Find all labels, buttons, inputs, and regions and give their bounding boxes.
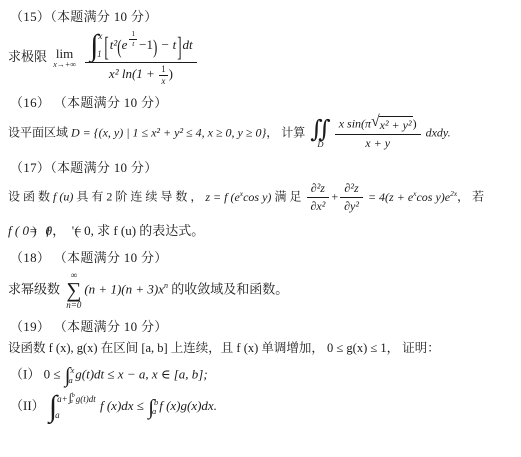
square-root: √x² + y² <box>371 116 413 133</box>
p15-denominator: x² ln(1 + 1x) <box>105 63 177 86</box>
problem-16-header: （16） （本题满分 10 分） <box>10 94 513 112</box>
nested-lower-limit: a <box>70 399 75 405</box>
p17-z-equation: z = f (excos y) <box>205 190 271 204</box>
p15-den-fraction: 1x <box>159 64 168 86</box>
p15-lead-text: 求极限 <box>8 49 47 64</box>
p17-rhs-mid: cos y)e <box>416 190 450 204</box>
problem-16: （16） （本题满分 10 分） 设平面区域 D = {(x, y) | 1 ≤… <box>8 94 513 151</box>
p15-minus-one: −1 <box>139 37 153 52</box>
radicand: x² + y² <box>379 116 413 133</box>
p17-s4: ， 若 <box>457 190 484 204</box>
p17-fu: f (u) <box>53 190 73 204</box>
pd-x-denominator: ∂x² <box>306 198 329 214</box>
left-paren: ( <box>117 36 121 56</box>
p15-dt: dt <box>183 37 193 52</box>
p15-main-fraction: ∫x1[t²(e1t−1) − t]dt x² ln(1 + 1x) <box>85 30 197 86</box>
nested-integral-limits: ba <box>72 393 75 405</box>
upper-limit-integrand: g(t)dt <box>76 395 96 404</box>
p18-lead-text: 求幂级数 <box>8 281 60 296</box>
p17-garbled-f0: f ( 0 <box>8 223 29 238</box>
summation-lower-limit: n=0 <box>66 301 81 310</box>
item2-middle: f (x)dx ≤ <box>100 398 144 413</box>
rhs-upper-limit: b <box>154 398 158 407</box>
left-bracket: [ <box>104 33 108 60</box>
p18-series-term: (n + 1)(n + 3)x <box>84 281 164 296</box>
partial-derivative-x: ∂²z∂x² <box>306 181 329 214</box>
problem-18-formula: 求幂级数 ∞∑n=0(n + 1)(n + 3)xn 的收敛域及和函数。 <box>8 271 513 310</box>
pd-x-numerator: ∂²z <box>307 181 329 198</box>
den-frac-numerator: 1 <box>159 64 168 75</box>
p17-s3: 满 足 <box>274 190 301 204</box>
p16-text-pre: 设平面区域 <box>8 125 68 139</box>
summation: ∞∑n=0 <box>66 271 81 310</box>
p18-trail-text: 的收敛域及和函数。 <box>171 281 288 296</box>
problem-19-intro: 设函数 f (x), g(x) 在区间 [a, b] 上连续，且 f (x) 单… <box>8 340 513 358</box>
limit-operator: limx→+∞ <box>53 47 76 69</box>
pd-y-denominator: ∂y² <box>340 198 363 214</box>
integral-limits: xa <box>71 365 75 386</box>
p16-numerator: x sin(π√x² + y²) <box>335 116 421 135</box>
partial-derivative-y: ∂²z∂y² <box>340 181 363 214</box>
integral-limits: ba <box>154 397 158 418</box>
p15-den-text: x² ln(1 + <box>109 66 155 81</box>
problem-17-line1: 设 函 数 f (u) 具 有 2 阶 连 续 导 数 ， z = f (exc… <box>8 181 513 214</box>
problem-19-item2: （II） ∫a+∫bag(t)dta f (x)dx ≤ ∫baf (x)g(x… <box>10 392 513 422</box>
item2-label: （II） <box>10 398 45 413</box>
exam-page: （15）（本题满分 10 分） 求极限 limx→+∞ ∫x1[t²(e1t−1… <box>0 0 521 422</box>
problem-19-item1: （I） 0 ≤ ∫xag(t)dt ≤ x − a, x ∈ [a, b]; <box>10 365 513 386</box>
problem-15: （15）（本题满分 10 分） 求极限 limx→+∞ ∫x1[t²(e1t−1… <box>8 8 513 86</box>
pd-y-numerator: ∂²z <box>340 181 362 198</box>
p17-rhs-pre: = 4(z + e <box>368 190 413 204</box>
p18-series-exponent: n <box>164 281 168 290</box>
problem-15-formula: 求极限 limx→+∞ ∫x1[t²(e1t−1) − t]dt x² ln(1… <box>8 30 513 86</box>
lim-subscript: x→+∞ <box>53 61 76 69</box>
item1-lhs: 0 ≤ <box>44 367 61 382</box>
lim-text: lim <box>56 47 73 61</box>
radical-symbol: √ <box>371 114 380 130</box>
p17-z-post: cos y) <box>243 190 271 204</box>
p16-num-post: ) <box>413 116 417 130</box>
p15-e: e <box>122 37 128 52</box>
p17-conclusion: 0, 求 f (u) 的表达式。 <box>84 223 204 238</box>
integral-limits: a+∫bag(t)dta <box>57 392 96 422</box>
p17-s2: 具 有 2 阶 连 续 导 数 ， <box>76 190 202 204</box>
item1-label: （I） <box>10 367 40 382</box>
p15-minus-t: − t <box>161 37 177 52</box>
p17-z-pre: z = f (e <box>205 190 239 204</box>
upper-limit-a-plus: a+ <box>57 395 68 404</box>
item2-rhs-body: f (x)g(x)dx. <box>159 398 217 413</box>
item1-integral: ∫xa <box>65 365 75 386</box>
p16-fraction: x sin(π√x² + y²)x + y <box>335 116 421 151</box>
p15-e-exponent: 1t <box>128 30 138 48</box>
p16-denominator: x + y <box>361 135 394 151</box>
item2-upper-limit: a+∫bag(t)dt <box>57 393 96 405</box>
problem-18-header: （18） （本题满分 10 分） <box>10 249 513 267</box>
p15-numerator: ∫x1[t²(e1t−1) − t]dt <box>85 30 197 63</box>
exponent-fraction: 1t <box>129 30 137 48</box>
p17-garbled-comma: ， <box>52 223 65 238</box>
double-integral: ∬D <box>310 118 330 149</box>
item1-lower-limit: a <box>69 376 75 385</box>
problem-18: （18） （本题满分 10 分） 求幂级数 ∞∑n=0(n + 1)(n + 3… <box>8 249 513 310</box>
summation-symbol: ∑ <box>66 280 81 301</box>
rhs-lower-limit: a <box>152 407 158 416</box>
right-paren: ) <box>153 36 157 56</box>
item1-body: g(t)dt ≤ x − a, x ∈ [a, b]; <box>75 367 207 382</box>
problem-19: （19） （本题满分 10 分） 设函数 f (x), g(x) 在区间 [a,… <box>8 318 513 423</box>
p16-dxdy: dxdy. <box>426 125 451 139</box>
p15-den-close: ) <box>169 66 173 81</box>
p16-num-pre: x sin(π <box>339 116 371 130</box>
problem-17-line2: f ( 0 )= 0ƒ， '=( 0, 求 f (u) 的表达式。 <box>8 222 513 240</box>
problem-16-formula: 设平面区域 D = {(x, y) | 1 ≤ x² + y² ≤ 4, x ≥… <box>8 116 513 151</box>
p15-integral: ∫x1 <box>90 31 102 61</box>
problem-19-header: （19） （本题满分 10 分） <box>10 318 513 336</box>
problem-17-header: （17）（本题满分 10 分） <box>10 159 513 177</box>
integral-upper-limit: x <box>98 32 102 41</box>
p17-plus: + <box>331 190 338 204</box>
p16-text-mid: ， 计算 <box>266 125 305 139</box>
den-frac-denominator: x <box>159 76 167 86</box>
p17-rhs: = 4(z + excos y)e2x <box>368 190 457 204</box>
p17-s1: 设 函 数 <box>8 190 50 204</box>
integral-limits: x1 <box>98 31 102 61</box>
nested-integral: ∫ba <box>69 393 75 405</box>
item2-main-integral: ∫a+∫bag(t)dta <box>49 392 96 422</box>
p16-region-definition: D = {(x, y) | 1 ≤ x² + y² ≤ 4, x ≥ 0, y … <box>71 125 266 139</box>
integral-lower-limit: 1 <box>96 50 102 59</box>
p17-garbled-tick: ' <box>72 223 74 238</box>
item2-lower-limit: a <box>55 411 96 420</box>
p15-t-squared: t² <box>110 37 118 52</box>
problem-17: （17）（本题满分 10 分） 设 函 数 f (u) 具 有 2 阶 连 续 … <box>8 159 513 240</box>
exponent-denominator: t <box>130 40 136 49</box>
right-bracket: ] <box>177 33 181 60</box>
problem-15-header: （15）（本题满分 10 分） <box>10 8 513 26</box>
double-integral-region: D <box>317 140 323 149</box>
item1-upper-limit: x <box>71 366 75 375</box>
item2-rhs-integral: ∫ba <box>148 397 158 418</box>
